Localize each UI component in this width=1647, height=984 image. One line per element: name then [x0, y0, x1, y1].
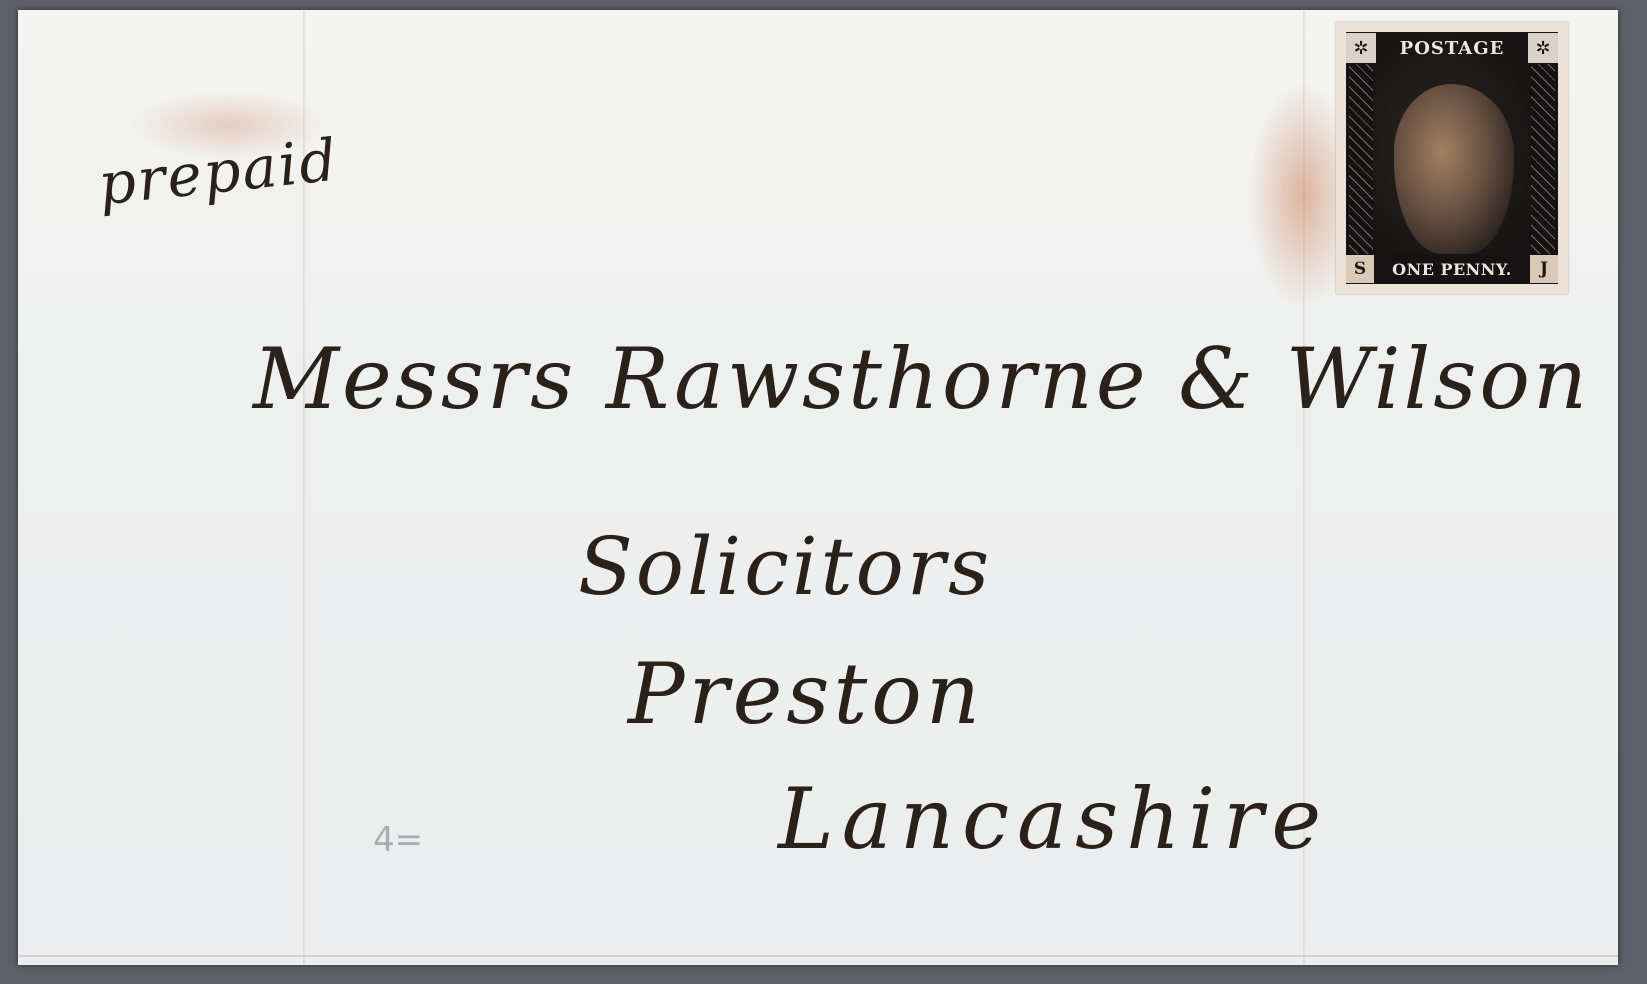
- stamp-border-pattern: [1349, 64, 1373, 254]
- stamp-value-text: ONE PENNY.: [1392, 260, 1512, 279]
- queen-victoria-portrait: [1394, 84, 1514, 254]
- star-ornament-icon: ✲: [1528, 33, 1558, 63]
- stamp-border-pattern: [1531, 64, 1555, 254]
- fold-line: [18, 955, 1618, 957]
- stamp-check-letter-right: J: [1530, 255, 1558, 283]
- star-ornament-icon: ✲: [1346, 33, 1376, 63]
- address-line-county: Lancashire: [778, 770, 1329, 868]
- pencil-note: 4=: [373, 820, 423, 860]
- stamp-bottom-band: S ONE PENNY. J: [1346, 254, 1558, 284]
- stamp-design: ✲ POSTAGE ✲ S ONE PENNY. J: [1346, 32, 1558, 284]
- stamp-postage-text: POSTAGE: [1400, 38, 1505, 59]
- stamp-check-letter-left: S: [1346, 255, 1374, 283]
- penny-black-stamp: ✲ POSTAGE ✲ S ONE PENNY. J: [1336, 22, 1568, 294]
- address-line-profession: Solicitors: [578, 520, 992, 613]
- address-line-town: Preston: [628, 645, 984, 743]
- address-line-addressee: Messrs Rawsthorne & Wilson: [253, 330, 1590, 428]
- stamp-top-band: ✲ POSTAGE ✲: [1346, 32, 1558, 64]
